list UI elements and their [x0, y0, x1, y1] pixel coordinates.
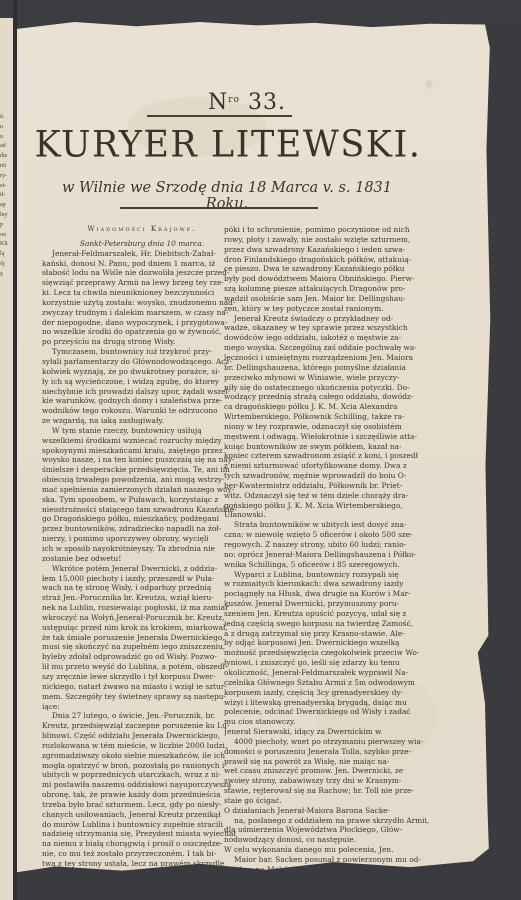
text-line: koniec czterem szwadronom zsiąść z koni,…: [224, 451, 429, 461]
text-line: straż Jen.-Porucznika br. Kreutza, wziął…: [42, 593, 242, 603]
text-line: zen, który w tey potyczce został raniony…: [224, 304, 429, 314]
text-line: czelnika Głównego Sztabu Armii z 5m odwo…: [224, 678, 429, 688]
text-line: zaś zasłonić to poruszenie i nie doświad…: [224, 875, 429, 885]
text-line: mego woyska. Szczególną zaś oddaie pochw…: [224, 343, 429, 353]
text-line: ca dragońskiego półku J. K. M. Xcia Alex…: [224, 402, 429, 412]
text-line: woysko nasze, i na ten koniec puszczaią …: [42, 455, 242, 465]
text-line: łyniowi, i zniszczyć go, ieśli się zdarz…: [224, 658, 429, 668]
text-line: iące:: [42, 702, 242, 712]
text-line: Strata buntowników w ubitych iest dosyć …: [224, 520, 429, 530]
text-line: wizyi i litewską grenadyerską brygadą, d…: [224, 698, 429, 708]
section-heading: Wiadomości Krajowe.: [42, 225, 242, 235]
text-line: ich w sposób nayokrótnieyszy. Ta zbrodni…: [42, 544, 242, 554]
text-line: z niemi szturmować ufortyfikowane domy. …: [224, 461, 429, 471]
text-line: wkroczyć na Wołyń.Jenerał-Porucznik br. …: [42, 613, 242, 623]
text-line: Wkrótce potém Jenerał Dwernicki, z oddzi…: [42, 564, 242, 574]
text-line: trwała ieszcze żwawa utarczka. Buntownic…: [42, 869, 242, 879]
text-line: Wyparci z Lublina, buntownicy rozsypali …: [224, 570, 429, 580]
previous-page-edge: ń.uuaddieniiry-et-ił-aplnyponKltląóją: [0, 18, 14, 900]
text-line: zostanie bez odwetu!: [42, 554, 242, 564]
text-line: stępowaniu przeszkód od rokoszanów, maią…: [224, 885, 429, 895]
text-line: łem 15,000 piechoty i iazdy, przeszedł w…: [42, 574, 242, 584]
text-line: W tym stanie rzeczy, buntownicy usiłują: [42, 426, 242, 436]
text-line: twa z tey strony ustała, lecz na prawém …: [42, 859, 242, 869]
text-line: by odjąć korpusowi Jen. Dwernickiego wsz…: [224, 638, 429, 648]
text-line: wach na tę stronę Wisły, i odparłszy prz…: [42, 583, 242, 593]
text-line: et-: [0, 182, 14, 192]
text-line: zgromadziwszy około siebie mieszkańców, …: [42, 751, 242, 761]
text-line: byleby zdołał odprowadzić go od Wisły. P…: [42, 652, 242, 662]
text-line: ój: [0, 260, 14, 270]
issue-number: Nro 33.: [167, 90, 327, 115]
text-line: do murów Lublina i buntownicy zupełnie s…: [42, 820, 242, 830]
masthead-rule-bottom: [120, 207, 318, 209]
text-line: nii: [0, 162, 14, 172]
newspaper-title: KURYER LITEWSKI.: [33, 124, 423, 166]
text-line: mogła opatrzyć w broń, pozostałą po rani…: [42, 761, 242, 771]
text-line: kuiąc buntowników ze swym półkiem, kazał…: [224, 442, 429, 452]
text-line: Jenerał Sierawski, idący za Dwernickim w: [224, 727, 429, 737]
text-line: bronili się z zapamiętałym uporem więcey…: [42, 889, 242, 899]
text-line: u: [0, 123, 14, 133]
text-line: wodzący przednią strażą całego oddziału,…: [224, 392, 429, 402]
text-line: Tymczasem, buntownicy iuż trzykroć przy-: [42, 347, 242, 357]
text-line: wadził osobiście sam Jen. Maior br. Dell…: [224, 294, 429, 304]
issue-number-prefix: N: [208, 90, 228, 115]
text-line: kański, donosi N. Panu, pod dniem 1 marc…: [42, 259, 242, 269]
text-line: nadzieię utrzymania się, Prezydent miast…: [42, 829, 242, 839]
text-line: nie, co mu też zostało przyrzeczoném. I …: [42, 849, 242, 859]
right-column: póki i to schronienie, pomimo poczynione…: [224, 225, 429, 900]
text-line: śmielsze i desperackie przedsięwzięcia. …: [42, 465, 242, 475]
text-line: wnika Schillinga, 5 oficerów i 85 szereg…: [224, 560, 429, 570]
text-line: O działaniach Jenerał-Maiora Barona Sack…: [224, 806, 429, 816]
text-line: Kreutz, przedsięwziął zaczepne poruszeni…: [42, 721, 242, 731]
text-line: go Dragońskiego półku, mieszkańcy, podże…: [42, 514, 242, 524]
text-line: nodowodzący donosi, co następuie.: [224, 835, 429, 845]
text-line: ad: [0, 142, 14, 152]
previous-page-text: ń.uuaddieniiry-et-ił-aplnyponKltląóją: [0, 113, 14, 280]
text-line: były pod dowództwem Maiora Obnińskiego. …: [224, 274, 429, 284]
issue-number-value: 33.: [248, 90, 286, 115]
text-line: wadze, okazaney w tey sprawie przez wszy…: [224, 323, 429, 333]
text-line: Ułanowski.: [224, 510, 429, 520]
text-line: leczności i umieiętnym rozrządzeniom Jen…: [224, 353, 429, 363]
text-line: szeniem Jen. Kreutza opuścić pozycyą, ud…: [224, 609, 429, 619]
text-line: a z drugą zatrzymał się przy Krasno-staw…: [224, 629, 429, 639]
text-line: ska. Tym sposobem, w Puławach, korzystai…: [42, 495, 242, 505]
text-line: okoliczność, Jenerał-Feldmarszałek wypra…: [224, 668, 429, 678]
text-line: ą: [0, 270, 14, 280]
text-line: ustępuiąc przed nim krok za krokiem, mia…: [42, 623, 242, 633]
text-line: mać spełnienia zamierzonych działań nasz…: [42, 485, 242, 495]
text-line: ięli w Winiawie, i w ufortyfikowanym mły…: [42, 879, 242, 889]
text-line: korzystnie użytą została: woysko, znudzo…: [42, 298, 242, 308]
text-line: wet czasu zniszczyć promow. Jen. Dwernic…: [224, 766, 429, 776]
text-line: br. Dellingshauzena, którego pomyślne dz…: [224, 363, 429, 373]
text-line: dla uśmierzenia Województwa Płockiego, G…: [224, 825, 429, 835]
text-line: witz. Odznaczył się też w tém dziele cho…: [224, 491, 429, 501]
text-line: ry-: [0, 172, 14, 182]
text-line: szą kolumnę piesze attakuiących Dragonów…: [224, 284, 429, 294]
text-line: gońskiego półku J. K. M. Xcia Wirtembers…: [224, 501, 429, 511]
text-line: czna: w niewolę wzięto 5 oficerów i okoł…: [224, 530, 429, 540]
text-line: die: [0, 152, 14, 162]
masthead-rule-top: [147, 115, 292, 117]
text-line: Maior bar. Sacken posunął z powierzonym …: [224, 855, 429, 865]
text-line: przez buntowników, zdradziecko napadli n…: [42, 524, 242, 534]
text-line: nek na Lublin, rozsiewaiąc pogłoski, iż …: [42, 603, 242, 613]
text-line: działem na Maków i Rożany przez Gołimin;…: [224, 865, 429, 875]
text-line: chanych usiłowaniach, Jenerał Kreutz prz…: [42, 810, 242, 820]
scan-backdrop-top: [0, 0, 521, 22]
text-line: ze wzgardą, na iaką zasługiwały.: [42, 416, 242, 426]
text-line: sięwziąć przeprawy Armii na lewy brzeg t…: [42, 278, 242, 288]
text-line: staie go ścigać.: [224, 796, 429, 806]
text-line: der niepogodne, dano wypoczynek, i przyg…: [42, 318, 242, 328]
text-line: spokoynymi mieszkańcami kraiu, zaiętego …: [42, 446, 242, 456]
text-line: ki. Lecz ta chwila nieuniknioney bezczyn…: [42, 288, 242, 298]
text-line: słabość lodu na Wiśle nie dozwoliła jesz…: [42, 268, 242, 278]
text-line: syłali parlamentarzy do Głównodowodząceg…: [42, 357, 242, 367]
text-line: Dnia 27 lutego, o świcie, Jen.-Porucznik…: [42, 711, 242, 721]
article-place-date: Sankt-Petersburg dnia 10 marca.: [42, 239, 242, 249]
text-line: 4000 piechoty, wnet po otrzymaniu pierws…: [224, 737, 429, 747]
text-line: na, posłanego z oddziałem na prawe skrzy…: [224, 816, 429, 826]
text-line: no: oprócz Jenerał-Maiora Dellingshauzen…: [224, 550, 429, 560]
text-line: zwyczay trudnym i dalekim marszem, w cza…: [42, 308, 242, 318]
text-line: polecenie, odcinać Dwernickiego od Wisły…: [224, 707, 429, 717]
left-column-text: Jenerał-Feldmarszałek, Hr. Diebitsch-Zab…: [42, 249, 242, 899]
text-line: kolwiek wyznają, że po dwukrotney porażc…: [42, 367, 242, 377]
text-line: ił-: [0, 191, 14, 201]
text-line: u: [0, 133, 14, 143]
text-line: mem. Szczegóły tey świetney sprawy są na…: [42, 692, 242, 702]
text-line: ce pieszo. Dwa te szwadrony Kazańskiego …: [224, 264, 429, 274]
text-line: dron Finlandskiego dragońskich półków, a…: [224, 255, 429, 265]
text-line: lny: [0, 211, 14, 221]
text-line: nieostrożności staiącego tam szwadronu K…: [42, 505, 242, 515]
text-line: domości o poruszeniu Jenerała Tolla, szy…: [224, 747, 429, 757]
text-line: W celu wykonania danego mu polecenia, Je…: [224, 845, 429, 855]
text-line: szy zręcznie lewe skrzydło i tył korpusu…: [42, 672, 242, 682]
text-line: niły się do ostatecznego ukończenia poty…: [224, 383, 429, 393]
text-line: Wirtemberskiego, Półkownik Schilling, ta…: [224, 412, 429, 422]
paper-stain: [425, 80, 433, 89]
text-line: możność przedsięwzięcia czegokolwiek prz…: [224, 648, 429, 658]
text-line: blinowi. Część oddziału Jenerała Dwernic…: [42, 731, 242, 741]
right-column-text: póki i to schronienie, pomimo poczynione…: [224, 225, 429, 900]
newspaper-page: Nro 33. KURYER LITEWSKI. w Wilnie we Srz…: [17, 22, 497, 874]
text-line: obiecuią trwałego powodzenia, ani mogą w…: [42, 475, 242, 485]
text-line: ły ich są wycieńczone, i widzą zgubę, do…: [42, 377, 242, 387]
left-column: Wiadomości Krajowe. Sankt-Petersburg dni…: [42, 225, 242, 898]
text-line: tych szwadronów, męźnie wprowadził do bo…: [224, 471, 429, 481]
text-line: ber-Kwatermistrz oddziału, Półkownik br.…: [224, 481, 429, 491]
text-line: trzeba było brać szturmem. Lecz, gdy po …: [42, 800, 242, 810]
text-line: mu cios stanowczy.: [224, 717, 429, 727]
text-line: Jenerał-Feldmarszałek, Hr. Diebitsch-Zab…: [42, 249, 242, 259]
text-line: p: [0, 221, 14, 231]
text-line: na niemu z białą chorągwią i prosił o os…: [42, 839, 242, 849]
text-line: wszelkiemi środkami wzniecać rozruchy mi…: [42, 436, 242, 446]
text-line: prawił się na powrót za Wisłę, nie maiąc…: [224, 757, 429, 767]
text-line: w rozmaitych kierunkach: dwa szwadrony i…: [224, 579, 429, 589]
text-line: no wszelkie środki do opatrzenia go w ży…: [42, 327, 242, 337]
text-line: nickiego, natarł żwawo na miasto i wziął…: [42, 682, 242, 692]
text-line: dowódców iego oddziału, iakotéż o męstwi…: [224, 333, 429, 343]
text-line: ubitych w poprzednicych utarczkach, wraz…: [42, 770, 242, 780]
text-line: mi postawiła naszemu oddziałowi nayuporc…: [42, 780, 242, 790]
text-line: pociągnęły na Hłusk, dwa drugie na Kurów…: [224, 589, 429, 599]
text-line: kie warunków, godnych domy i szaleństwa …: [42, 396, 242, 406]
text-line: Jenerał Kreutz świadczy o przykładney od…: [224, 314, 429, 324]
text-line: ń.: [0, 113, 14, 123]
text-line: przez dwa szwadrony Kazańskiego i ieden …: [224, 245, 429, 255]
text-line: swoiey strony, zabawiwszy trzy dni w Kra…: [224, 776, 429, 786]
text-line: lił mu przeto weyść do Lublina, a potém,…: [42, 662, 242, 672]
text-line: musi się skończyć na zupełném iego znisz…: [42, 642, 242, 652]
text-line: kuszów. Jenerał Dwernicki, przymuszony p…: [224, 599, 429, 609]
book-gutter: [13, 0, 17, 900]
text-line: koło 5,000 woyska, 9 dział przy Płońsku …: [224, 894, 429, 900]
text-line: po przeyściu na drugą stronę Wisły.: [42, 337, 242, 347]
text-line: rowy, płoty i zawały, nie zostało wzięte…: [224, 235, 429, 245]
text-line: lą: [0, 250, 14, 260]
text-line: ap: [0, 201, 14, 211]
text-line: iedną częścią swego korpusu na twierdzę …: [224, 619, 429, 629]
text-line: korpusem iazdy, częścią 3cy grenadyerski…: [224, 688, 429, 698]
text-line: regowych. Z naszey strony, ubito 60 ludz…: [224, 540, 429, 550]
text-line: że tak śmiałe poruszenie Jenerała Dwerni…: [42, 633, 242, 643]
text-line: obronę, tak, że prawie każdy dom przedmi…: [42, 790, 242, 800]
text-line: niony w tey rozprawie, odznaczył się oso…: [224, 422, 429, 432]
text-line: rozlokowana w tém mieście, w liczbie 200…: [42, 741, 242, 751]
text-line: wodników tego rokoszu. Warunki te odrzuc…: [42, 406, 242, 416]
text-line: Klt: [0, 240, 14, 250]
text-line: póki i to schronienie, pomimo poczynione…: [224, 225, 429, 235]
text-line: przeciwko młynowi w Winiawie, wiele przy…: [224, 373, 429, 383]
text-line: stawie, rejterował się na Rachow; hr. To…: [224, 786, 429, 796]
text-line: nierzy, i pomimo uporczywey obrony, wyci…: [42, 534, 242, 544]
text-line: niechybnie ich prowadzi dalszy upor, żąd…: [42, 387, 242, 397]
text-line: męstwem i odwagą. Wielokrotnie i szczęśl…: [224, 432, 429, 442]
text-line: on: [0, 231, 14, 241]
issue-number-suffix: ro: [228, 95, 240, 105]
